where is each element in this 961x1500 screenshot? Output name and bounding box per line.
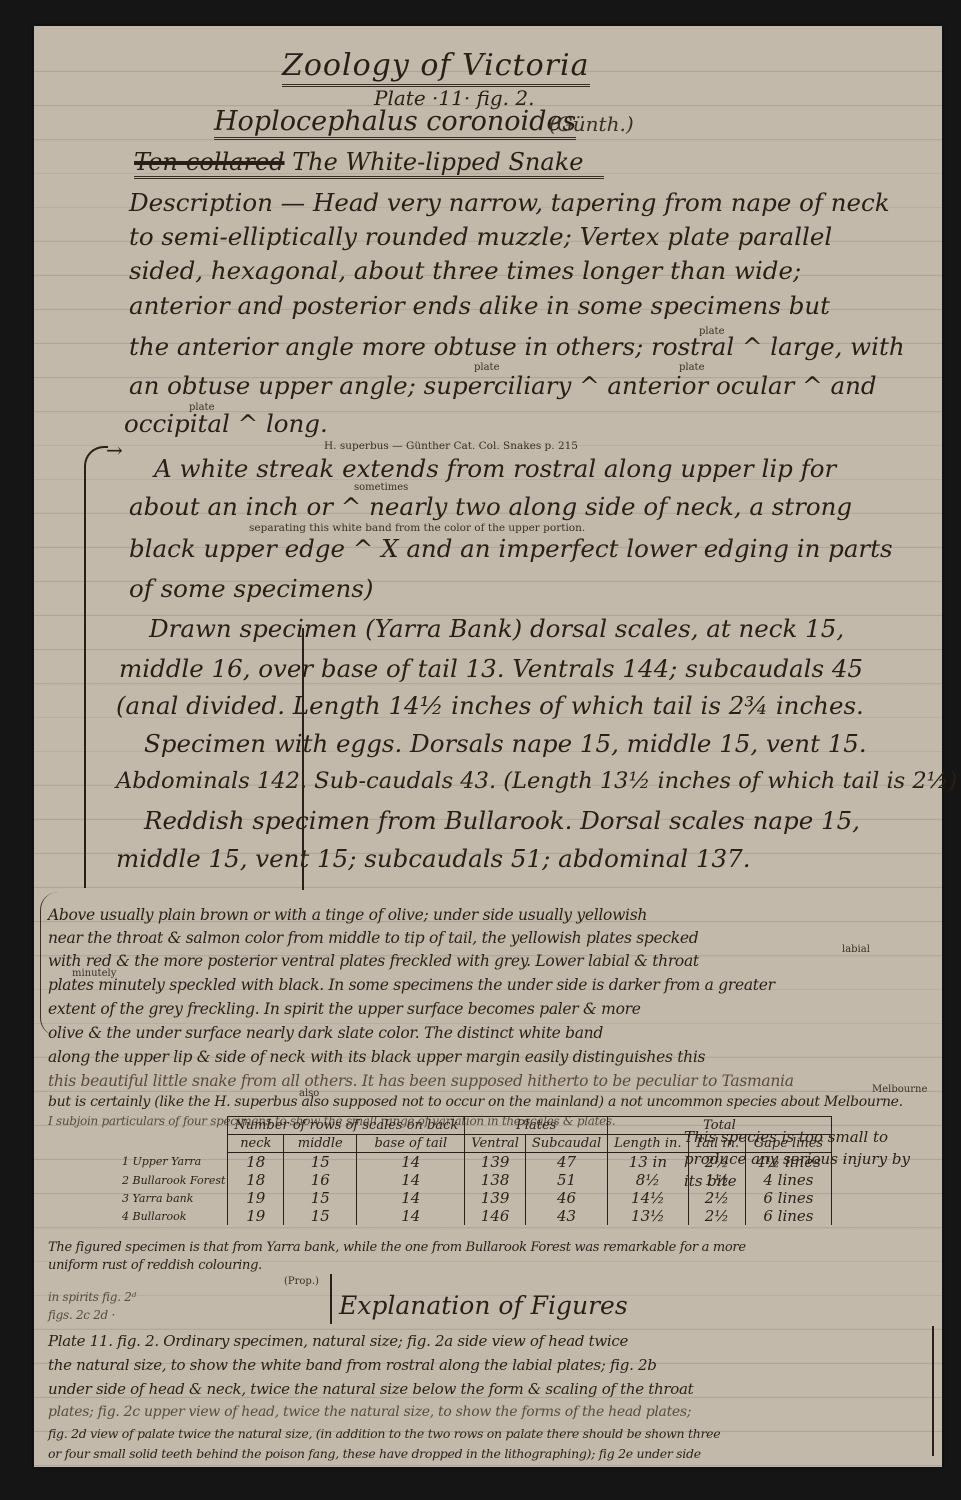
margin-scribble: in spirits fig. 2ᵈ — [48, 1290, 136, 1304]
table-cell: 14 — [357, 1207, 465, 1225]
table-group-header: Plates — [465, 1117, 608, 1135]
table-cell: 46 — [525, 1189, 607, 1207]
description-line: an obtuse upper angle; superciliary ^ an… — [129, 371, 877, 400]
explanation-line: Plate 11. fig. 2. Ordinary specimen, nat… — [48, 1332, 628, 1350]
table-cell: 43 — [525, 1207, 607, 1225]
table-cell: 13½ — [608, 1207, 688, 1225]
right-margin-bracket — [932, 1326, 934, 1456]
explanation-line: the natural size, to show the white band… — [48, 1356, 657, 1374]
table-cell: 51 — [525, 1171, 607, 1189]
coloration-note-line: extent of the grey freckling. In spirit … — [48, 1000, 641, 1018]
interlinear-insert: (Prop.) — [284, 1276, 319, 1287]
interlinear-insert: separating this white band from the colo… — [249, 522, 585, 534]
table-cell: 8½ — [608, 1171, 688, 1189]
heading-bracket — [330, 1274, 332, 1324]
table-column-header: Ventral — [465, 1135, 526, 1153]
table-cell: 18 — [228, 1171, 284, 1189]
description-line: sided, hexagonal, about three times long… — [129, 256, 801, 285]
side-note: This species is too small to produce any… — [684, 1126, 924, 1192]
common-name-heading: Ten-collared The White-lipped Snake — [134, 148, 604, 179]
measurement-line: Reddish specimen from Bullarook. Dorsal … — [144, 806, 860, 835]
table-cell: 146 — [465, 1207, 526, 1225]
common-name: The White-lipped Snake — [292, 148, 583, 176]
row-label: 1 Upper Yarra — [116, 1153, 228, 1172]
page-title: Zoology of Victoria — [282, 48, 590, 87]
measurement-line: (anal divided. Length 14½ inches of whic… — [116, 691, 864, 720]
explanation-heading: Explanation of Figures — [339, 1291, 628, 1320]
table-column-header: middle — [284, 1135, 357, 1153]
explanation-line: fig. 2d view of palate twice the natural… — [48, 1426, 720, 1441]
species-name: Hoplocephalus coronoides — [214, 106, 576, 140]
table-cell: 139 — [465, 1189, 526, 1207]
description-line: the anterior angle more obtuse in others… — [129, 332, 905, 361]
coloration-note-line: olive & the under surface nearly dark sl… — [48, 1024, 603, 1042]
margin-arrow-icon: → — [106, 438, 123, 462]
description-line: Description — Head very narrow, tapering… — [129, 188, 890, 217]
table-cell: 6 lines — [746, 1207, 832, 1225]
table-cell: 19 — [228, 1207, 284, 1225]
row-label: 2 Bullarook Forest — [116, 1171, 228, 1189]
measurement-line: Specimen with eggs. Dorsals nape 15, mid… — [144, 729, 867, 758]
description-line: occipital ^ long. — [124, 409, 328, 438]
table-column-header: Subcaudal — [525, 1135, 607, 1153]
table-cell: 19 — [228, 1189, 284, 1207]
coloration-note-line: this beautiful little snake from all oth… — [48, 1072, 794, 1090]
table-column-header: neck — [228, 1135, 284, 1153]
table-cell: 47 — [525, 1153, 607, 1172]
explanation-line: under side of head & neck, twice the nat… — [48, 1380, 693, 1398]
table-cell: 139 — [465, 1153, 526, 1172]
table-cell: 138 — [465, 1171, 526, 1189]
species-authority: (Günth.) — [549, 112, 634, 136]
measurement-line: middle 16, over base of tail 13. Ventral… — [119, 654, 863, 683]
reference-note: H. superbus — Günther Cat. Col. Snakes p… — [324, 440, 578, 452]
streak-line: black upper edge ^ X and an imperfect lo… — [129, 534, 893, 563]
table-column-header: Length in. — [608, 1135, 688, 1153]
table-cell: 14 — [357, 1189, 465, 1207]
description-line: to semi-elliptically rounded muzzle; Ver… — [129, 222, 832, 251]
explanation-line: or four small solid teeth behind the poi… — [48, 1446, 701, 1461]
description-line: anterior and posterior ends alike in som… — [129, 291, 830, 320]
measurement-line: Abdominals 142. Sub-caudals 43. (Length … — [116, 768, 957, 794]
table-cell: 14 — [357, 1153, 465, 1172]
table-cell: 16 — [284, 1171, 357, 1189]
coloration-note-line: with red & the more posterior ventral pl… — [48, 952, 699, 970]
table-cell: 15 — [284, 1189, 357, 1207]
table-footnote-line: The figured specimen is that from Yarra … — [48, 1240, 746, 1255]
interlinear-insert: labial — [842, 944, 870, 955]
coloration-note-line: Above usually plain brown or with a ting… — [48, 906, 647, 924]
table-cell: 14½ — [608, 1189, 688, 1207]
measurement-line: middle 15, vent 15; subcaudals 51; abdom… — [116, 844, 750, 873]
table-column-header: base of tail — [357, 1135, 465, 1153]
table-cell: 18 — [228, 1153, 284, 1172]
table-cell: 14 — [357, 1171, 465, 1189]
streak-line: about an inch or ^ nearly two along side… — [129, 492, 852, 521]
coloration-note-line: but is certainly (like the H. superbus a… — [48, 1094, 903, 1110]
explanation-line: plates; fig. 2c upper view of head, twic… — [48, 1404, 691, 1420]
margin-bracket — [84, 446, 108, 888]
streak-line: A white streak extends from rostral alon… — [154, 454, 836, 483]
coloration-note-line: along the upper lip & side of neck with … — [48, 1048, 705, 1066]
manuscript-page: Zoology of Victoria Plate ·11· fig. 2. H… — [34, 26, 942, 1467]
row-label: 3 Yarra bank — [116, 1189, 228, 1207]
row-label: 4 Bullarook — [116, 1207, 228, 1225]
streak-line: of some specimens) — [129, 574, 373, 603]
margin-scribble: figs. 2c 2d · — [48, 1308, 115, 1322]
measurement-line: Drawn specimen (Yarra Bank) dorsal scale… — [149, 614, 844, 643]
table-row: 4 Bullarook 19 15 14 146 43 13½ 2½ 6 lin… — [116, 1207, 831, 1225]
table-footnote-line: uniform rust of reddish colouring. — [48, 1258, 262, 1273]
coloration-note-line: near the throat & salmon color from midd… — [48, 929, 698, 947]
table-group-header: Number of rows of scales on back — [228, 1117, 465, 1135]
table-cell: 15 — [284, 1207, 357, 1225]
struck-out-name: Ten-collared — [134, 148, 285, 176]
table-cell: 13 in — [608, 1153, 688, 1172]
table-cell: 15 — [284, 1153, 357, 1172]
table-cell: 2½ — [688, 1207, 746, 1225]
coloration-note-line: plates minutely speckled with black. In … — [48, 976, 775, 994]
